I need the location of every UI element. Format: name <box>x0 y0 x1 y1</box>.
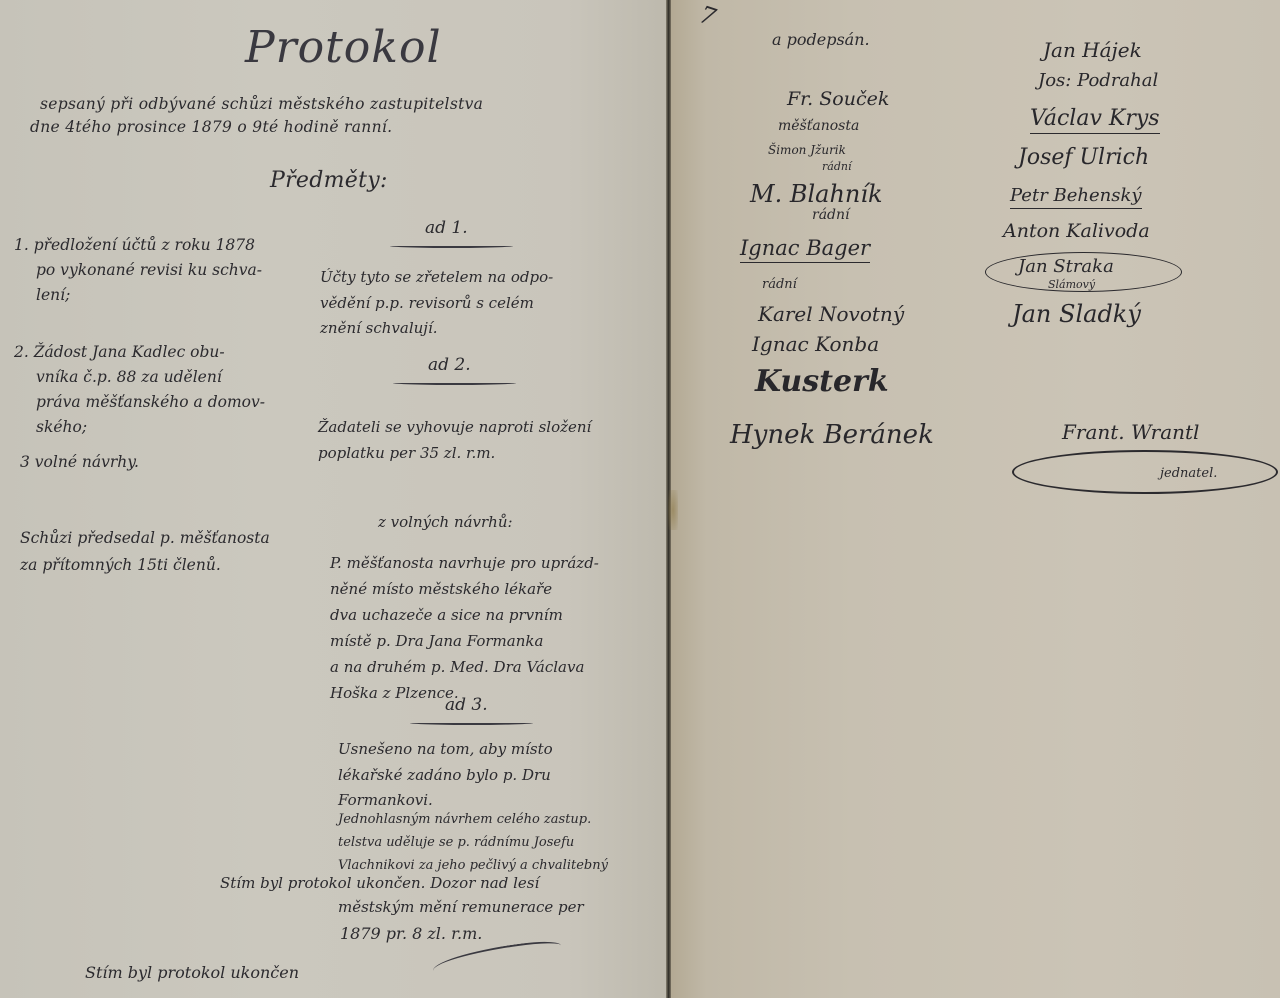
signature-krys: Václav Krys <box>1030 106 1160 134</box>
signature-blahnik: M. Blahník <box>750 180 883 208</box>
signature-soucek: Fr. Souček <box>787 88 889 110</box>
role-slamovy: Slámový <box>1048 278 1095 291</box>
flourish-stroke <box>431 938 563 978</box>
resolution-line: znění schvalují. <box>320 316 553 342</box>
subtitle-line-1: sepsaný při odbývané schůzi městského za… <box>40 95 483 113</box>
page-title: Protokol <box>245 22 442 73</box>
signature-podrahal: Jos: Podrahal <box>1038 70 1158 91</box>
role-radni: rádní <box>822 160 851 173</box>
free-proposal-text: P. měšťanosta navrhuje pro uprázd- něné … <box>330 550 599 706</box>
agenda-item-2: 2. Žádost Jana Kadlec obu- vníka č.p. 88… <box>14 340 265 440</box>
subjects-heading: Předměty: <box>270 168 388 193</box>
thanks-resolution: Jednohlasným návrhem celého zastup. tels… <box>338 808 608 877</box>
agenda-line: práva měšťanského a domov- <box>14 390 265 415</box>
signature-konba: Ignac Konba <box>752 332 879 356</box>
resolution-line: něné místo městského lékaře <box>330 576 599 602</box>
paper-stain <box>668 490 678 530</box>
ad-1-heading: ad 1. <box>425 218 468 238</box>
role-radni: rádní <box>762 277 797 292</box>
chair-note-line: za přítomných 15ti členů. <box>20 552 270 579</box>
resolution-line: Usnešeno na tom, aby místo <box>338 737 553 763</box>
signature-kalivoda: Anton Kalivoda <box>1003 220 1150 242</box>
signature-hajek: Jan Hájek <box>1043 38 1142 62</box>
agenda-item-3: 3 volné návrhy. <box>20 450 139 475</box>
resolution-line: a na druhém p. Med. Dra Václava <box>330 654 599 680</box>
resolution-line: poplatku per 35 zl. r.m. <box>318 441 591 467</box>
signature-straka: Jan Straka <box>1018 256 1114 277</box>
left-page: Protokol sepsaný při odbývané schůzi měs… <box>0 0 668 998</box>
role-jednatel: jednatel. <box>1160 466 1217 481</box>
resolution-line: lékařské zadáno bylo p. Dru <box>338 763 553 789</box>
signature-wrantl: Frant. Wrantl <box>1062 420 1199 444</box>
signature-bager: Ignac Bager <box>740 236 870 263</box>
resolution-1: Účty tyto se zřetelem na odpo- vědění p.… <box>320 265 553 342</box>
agenda-line: 1. předložení účtů z roku 1878 <box>14 233 262 258</box>
free-proposals-heading: z volných návrhů: <box>378 513 513 531</box>
remuneration-line-1: Stím byl protokol ukončen. Dozor nad les… <box>220 874 539 892</box>
resolution-line: místě p. Dra Jana Formanka <box>330 628 599 654</box>
agenda-line: 2. Žádost Jana Kadlec obu- <box>14 340 265 365</box>
signature-kusterk: Kusterk <box>755 364 889 399</box>
chair-note-line: Schůzi předsedal p. měšťanosta <box>20 525 270 552</box>
signature-loop <box>1012 450 1278 494</box>
agenda-line: vníka č.p. 88 za udělení <box>14 365 265 390</box>
resolution-line: vědění p.p. revisorů s celém <box>320 291 553 317</box>
agenda-line: lení; <box>14 283 262 308</box>
agenda-line: ského; <box>14 415 265 440</box>
closing-line: Stím byl protokol ukončen <box>85 963 299 982</box>
signature-beranek: Hynek Beránek <box>730 420 934 450</box>
resolution-2: Žadateli se vyhovuje naproti složení pop… <box>318 415 591 466</box>
chair-note: Schůzi předsedal p. měšťanosta za přítom… <box>20 525 270 579</box>
signature-novotny: Karel Novotný <box>758 302 904 326</box>
remuneration-line-2: městským mění remunerace per <box>338 898 584 916</box>
resolution-line: Jednohlasným návrhem celého zastup. <box>338 808 608 831</box>
resolution-line: dva uchazeče a sice na prvním <box>330 602 599 628</box>
role-radni: rádní <box>812 207 850 223</box>
signature-ulrich: Josef Ulrich <box>1018 145 1149 170</box>
signed-label: a podepsán. <box>772 30 870 49</box>
resolution-line: P. měšťanosta navrhuje pro uprázd- <box>330 550 599 576</box>
agenda-line: po vykonané revisi ku schva- <box>14 258 262 283</box>
subtitle-line-2: dne 4tého prosince 1879 o 9té hodině ran… <box>30 118 392 136</box>
agenda-line: 3 volné návrhy. <box>20 450 139 475</box>
resolution-line: Žadateli se vyhovuje naproti složení <box>318 415 591 441</box>
role-mestanosta: měšťanosta <box>778 118 859 134</box>
resolution-3: Usnešeno na tom, aby místo lékařské zadá… <box>338 737 553 814</box>
right-page <box>670 0 1280 998</box>
signature-behensky: Petr Behenský <box>1010 185 1142 209</box>
agenda-item-1: 1. předložení účtů z roku 1878 po vykona… <box>14 233 262 308</box>
ad-3-heading: ad 3. <box>445 695 488 715</box>
resolution-line: Účty tyto se zřetelem na odpo- <box>320 265 553 291</box>
signature-sladky: Jan Sladký <box>1012 300 1141 328</box>
signature-jzurik: Šimon Jžurik <box>768 143 846 157</box>
remuneration-line-3: 1879 pr. 8 zl. r.m. <box>340 924 482 943</box>
ad-2-heading: ad 2. <box>428 355 471 375</box>
resolution-line: telstva uděluje se p. rádnímu Josefu <box>338 831 608 854</box>
